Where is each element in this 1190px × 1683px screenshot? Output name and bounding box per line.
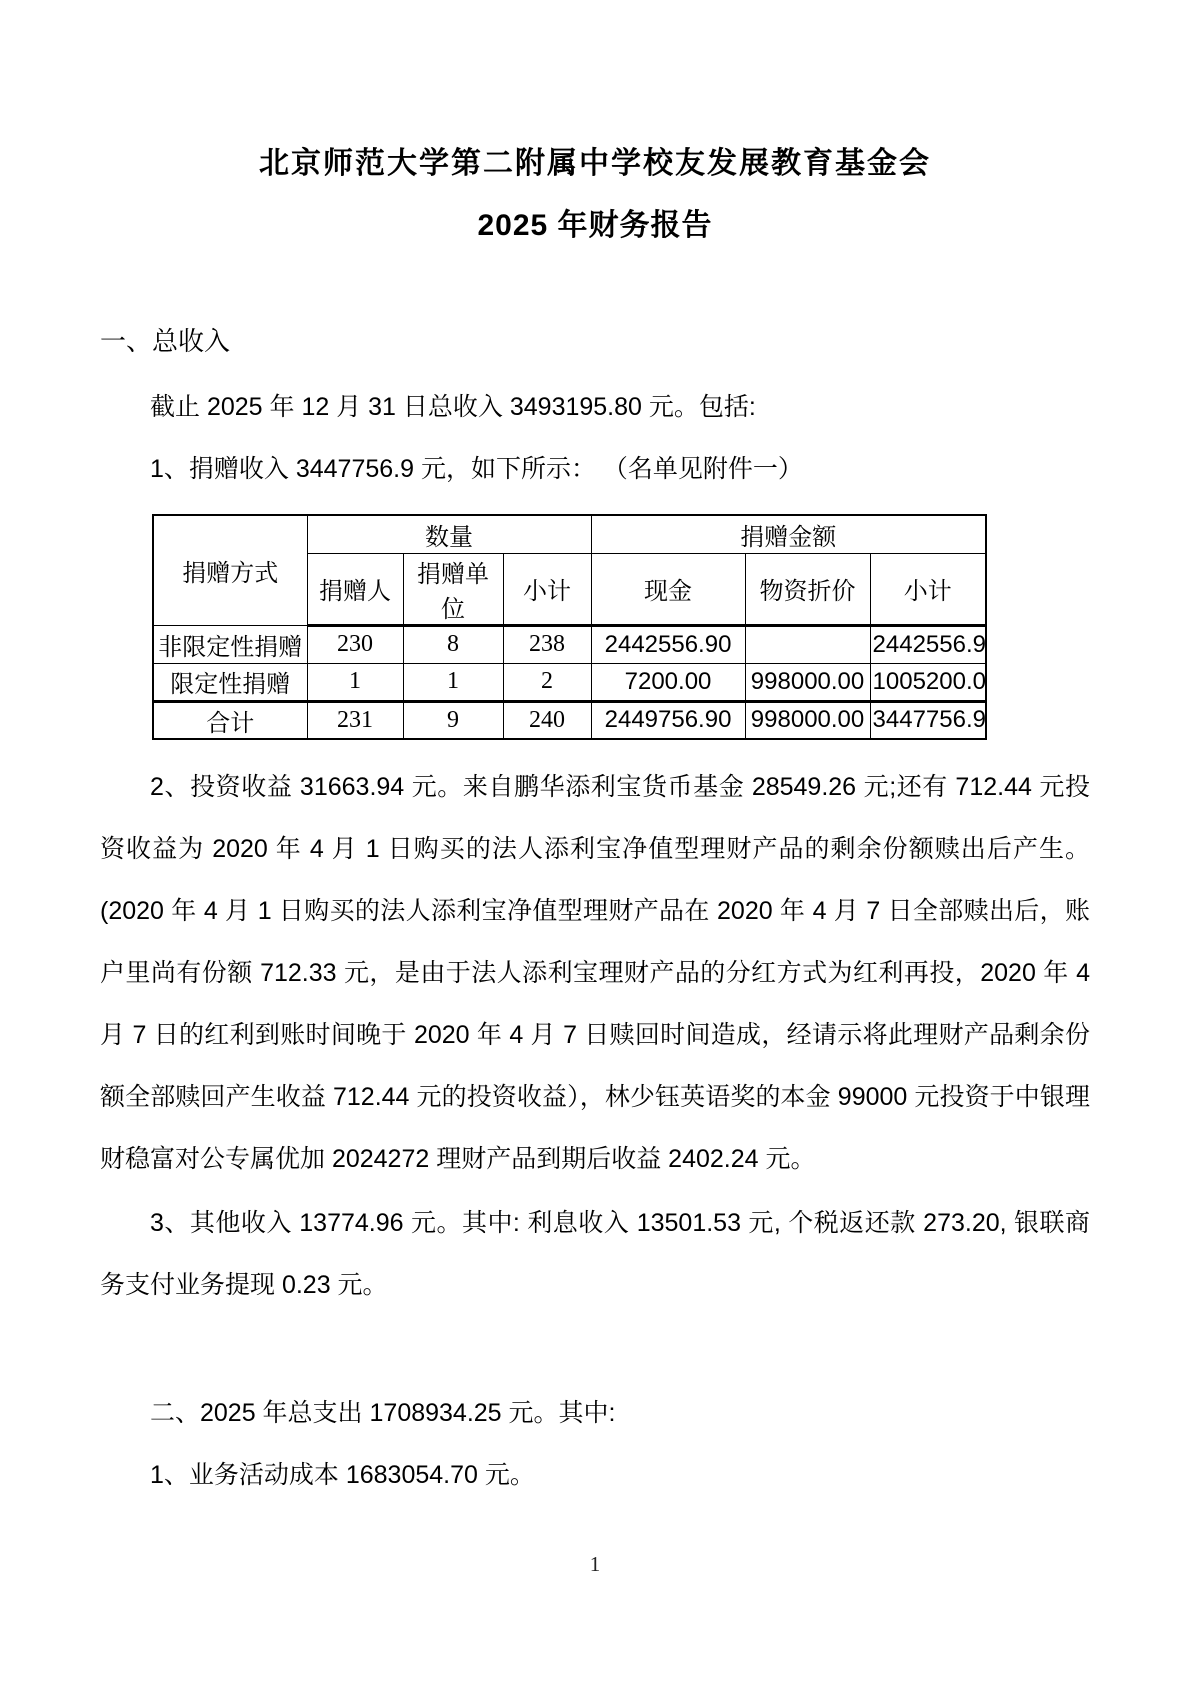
- document-title: 北京师范大学第二附属中学校友发展教育基金会: [100, 0, 1090, 182]
- cell-units: 8: [403, 625, 503, 663]
- cell-material: 998000.00: [745, 701, 870, 739]
- table-row-unrestricted: 非限定性捐赠 230 8 238 2442556.90 2442556.90: [153, 625, 986, 663]
- investment-income-paragraph: 2、投资收益 31663.94 元。来自鹏华添利宝货币基金 28549.26 元…: [100, 756, 1090, 1190]
- section-heading-expense: 二、2025 年总支出 1708934.25 元。其中:: [100, 1382, 1090, 1444]
- row-label: 合计: [153, 701, 307, 739]
- cell-material: [745, 625, 870, 663]
- header-cash: 现金: [591, 553, 745, 625]
- cell-units: 9: [403, 701, 503, 739]
- row-label: 限定性捐赠: [153, 663, 307, 701]
- header-donor-unit: 捐赠单位: [403, 553, 503, 625]
- header-material-value: 物资折价: [745, 553, 870, 625]
- page-number: 1: [0, 1552, 1190, 1577]
- header-amount-subtotal: 小计: [870, 553, 986, 625]
- cell-amount-subtotal: 3447756.90: [870, 701, 986, 739]
- header-quantity-group: 数量: [307, 515, 591, 553]
- other-income-paragraph: 3、其他收入 13774.96 元。其中: 利息收入 13501.53 元, 个…: [100, 1192, 1090, 1316]
- cell-cash: 7200.00: [591, 663, 745, 701]
- header-qty-subtotal: 小计: [503, 553, 591, 625]
- donation-income-line: 1、捐赠收入 3447756.9 元，如下所示： （名单见附件一）: [100, 438, 1090, 500]
- table-row-restricted: 限定性捐赠 1 1 2 7200.00 998000.00 1005200.00: [153, 663, 986, 701]
- cell-qty-subtotal: 240: [503, 701, 591, 739]
- cell-cash: 2449756.90: [591, 701, 745, 739]
- report-page: 北京师范大学第二附属中学校友发展教育基金会 2025 年财务报告 一、总收入 截…: [0, 0, 1190, 1683]
- table-header-row-groups: 捐赠方式 数量 捐赠金额: [153, 515, 986, 553]
- table-row-total: 合计 231 9 240 2449756.90 998000.00 344775…: [153, 701, 986, 739]
- row-label: 非限定性捐赠: [153, 625, 307, 663]
- header-donation-method: 捐赠方式: [153, 515, 307, 625]
- cell-amount-subtotal: 1005200.00: [870, 663, 986, 701]
- cell-donors: 230: [307, 625, 403, 663]
- activity-cost-line: 1、业务活动成本 1683054.70 元。: [100, 1444, 1090, 1506]
- cell-cash: 2442556.90: [591, 625, 745, 663]
- header-amount-group: 捐赠金额: [591, 515, 986, 553]
- cell-donors: 1: [307, 663, 403, 701]
- cell-qty-subtotal: 238: [503, 625, 591, 663]
- cell-donors: 231: [307, 701, 403, 739]
- cell-qty-subtotal: 2: [503, 663, 591, 701]
- cell-material: 998000.00: [745, 663, 870, 701]
- header-donor-person: 捐赠人: [307, 553, 403, 625]
- cell-amount-subtotal: 2442556.90: [870, 625, 986, 663]
- income-intro-paragraph: 截止 2025 年 12 月 31 日总收入 3493195.80 元。包括:: [100, 376, 1090, 438]
- cell-units: 1: [403, 663, 503, 701]
- donation-summary-table: 捐赠方式 数量 捐赠金额 捐赠人 捐赠单位 小计 现金 物资折价 小计 非限定性…: [152, 514, 987, 740]
- section-heading-income: 一、总收入: [100, 324, 1090, 358]
- document-subtitle: 2025 年财务报告: [100, 208, 1090, 244]
